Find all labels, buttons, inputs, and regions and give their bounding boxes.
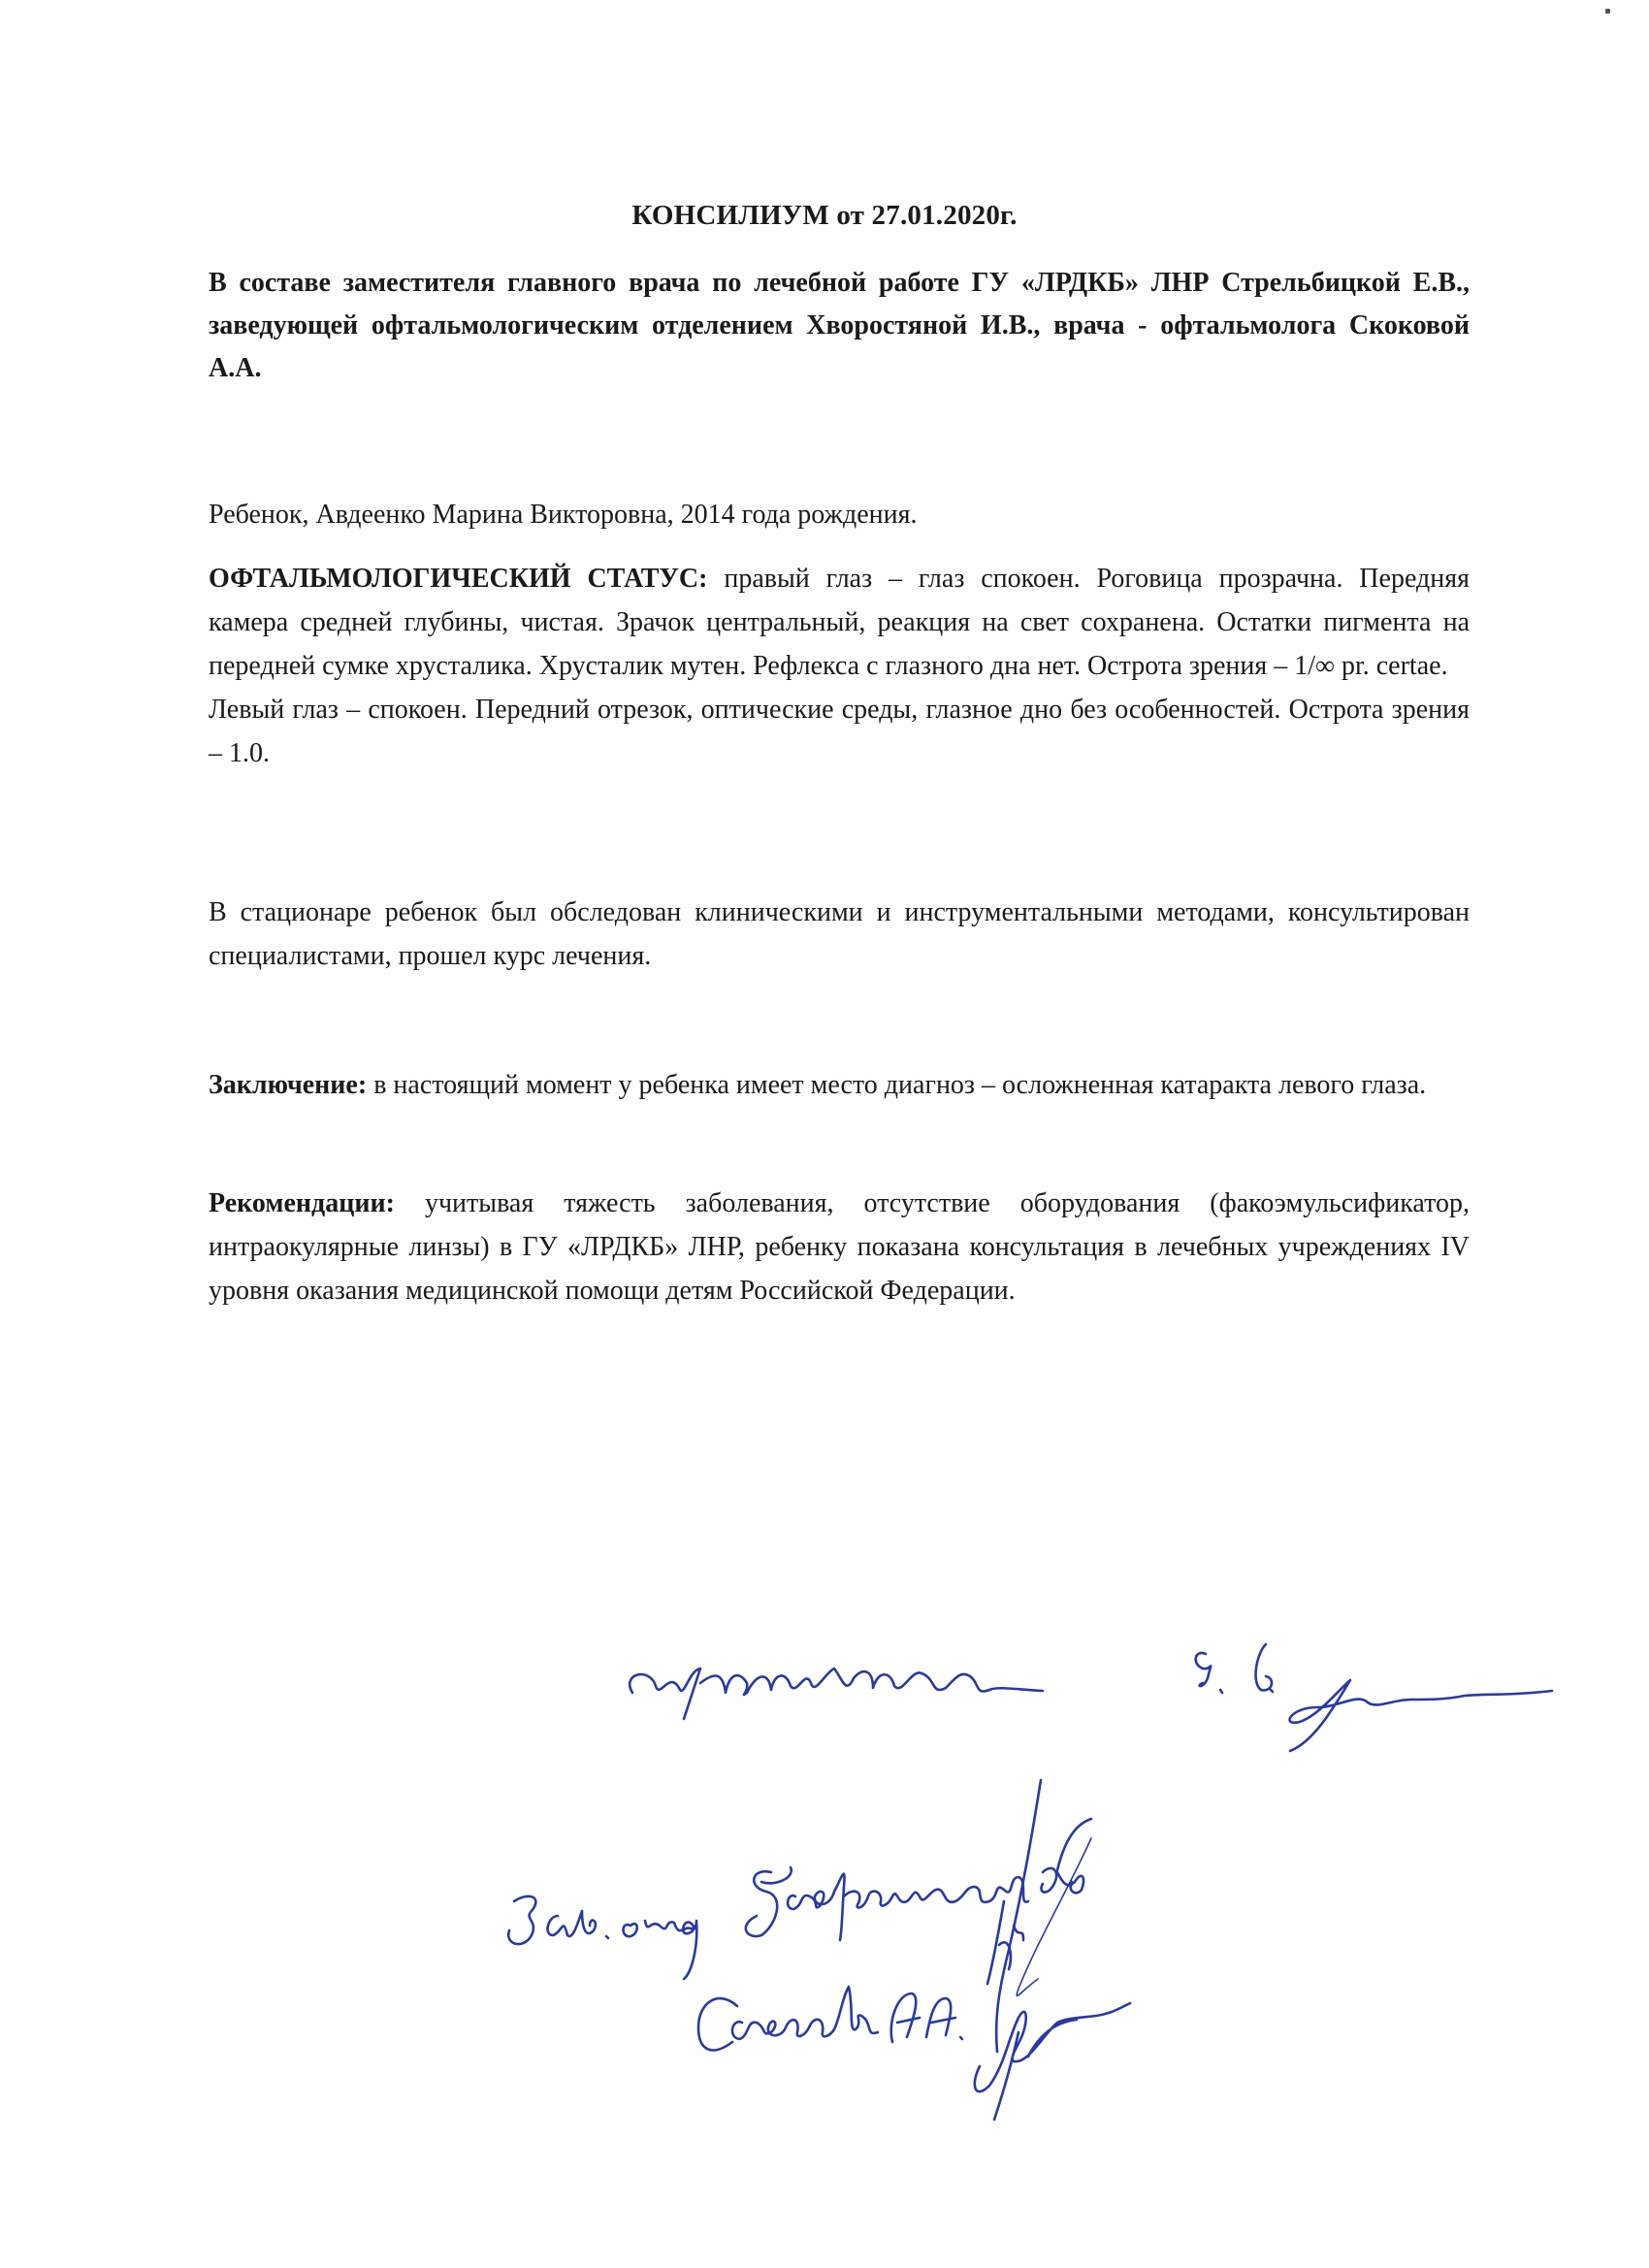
recommendations-paragraph: Рекомендации: учитывая тяжесть заболеван… xyxy=(209,1182,1470,1312)
hospital-course: В стационаре ребенок был обследован клин… xyxy=(209,891,1470,978)
signature-strelbitskaya xyxy=(630,1644,1552,1751)
ophthalmic-status: ОФТАЛЬМОЛОГИЧЕСКИЙ СТАТУС: правый глаз –… xyxy=(209,557,1470,775)
right-eye-paragraph: ОФТАЛЬМОЛОГИЧЕСКИЙ СТАТУС: правый глаз –… xyxy=(209,557,1470,688)
conclusion: Заключение: в настоящий момент у ребенка… xyxy=(209,1063,1470,1107)
conclusion-paragraph: Заключение: в настоящий момент у ребенка… xyxy=(209,1063,1470,1107)
signature-role-head xyxy=(508,1896,696,1979)
scan-artifact xyxy=(1605,9,1610,14)
hospital-course-text: В стационаре ребенок был обследован клин… xyxy=(209,891,1470,978)
left-eye-text: Левый глаз – спокоен. Передний отрезок, … xyxy=(209,688,1470,775)
document-page: КОНСИЛИУМ от 27.01.2020г. В составе заме… xyxy=(0,0,1649,2268)
recommendations-label: Рекомендации: xyxy=(209,1188,395,1218)
conclusion-text: в настоящий момент у ребенка имеет место… xyxy=(373,1070,1426,1100)
recommendations: Рекомендации: учитывая тяжесть заболеван… xyxy=(209,1182,1470,1312)
patient-info: Ребенок, Авдеенко Марина Викторовна, 201… xyxy=(209,493,1470,536)
patient-text: Ребенок, Авдеенко Марина Викторовна, 201… xyxy=(209,493,1470,536)
signature-skokova xyxy=(698,1987,1130,2120)
conclusion-label: Заключение: xyxy=(209,1070,367,1100)
composition-text: В составе заместителя главного врача по … xyxy=(209,262,1470,390)
council-composition: В составе заместителя главного врача по … xyxy=(209,262,1470,390)
document-title: КОНСИЛИУМ от 27.01.2020г. xyxy=(0,200,1649,232)
signature-khvorostyanaya xyxy=(746,1780,1091,2052)
status-label: ОФТАЛЬМОЛОГИЧЕСКИЙ СТАТУС: xyxy=(209,564,707,594)
recommendations-text: учитывая тяжесть заболевания, отсутствие… xyxy=(209,1188,1470,1306)
